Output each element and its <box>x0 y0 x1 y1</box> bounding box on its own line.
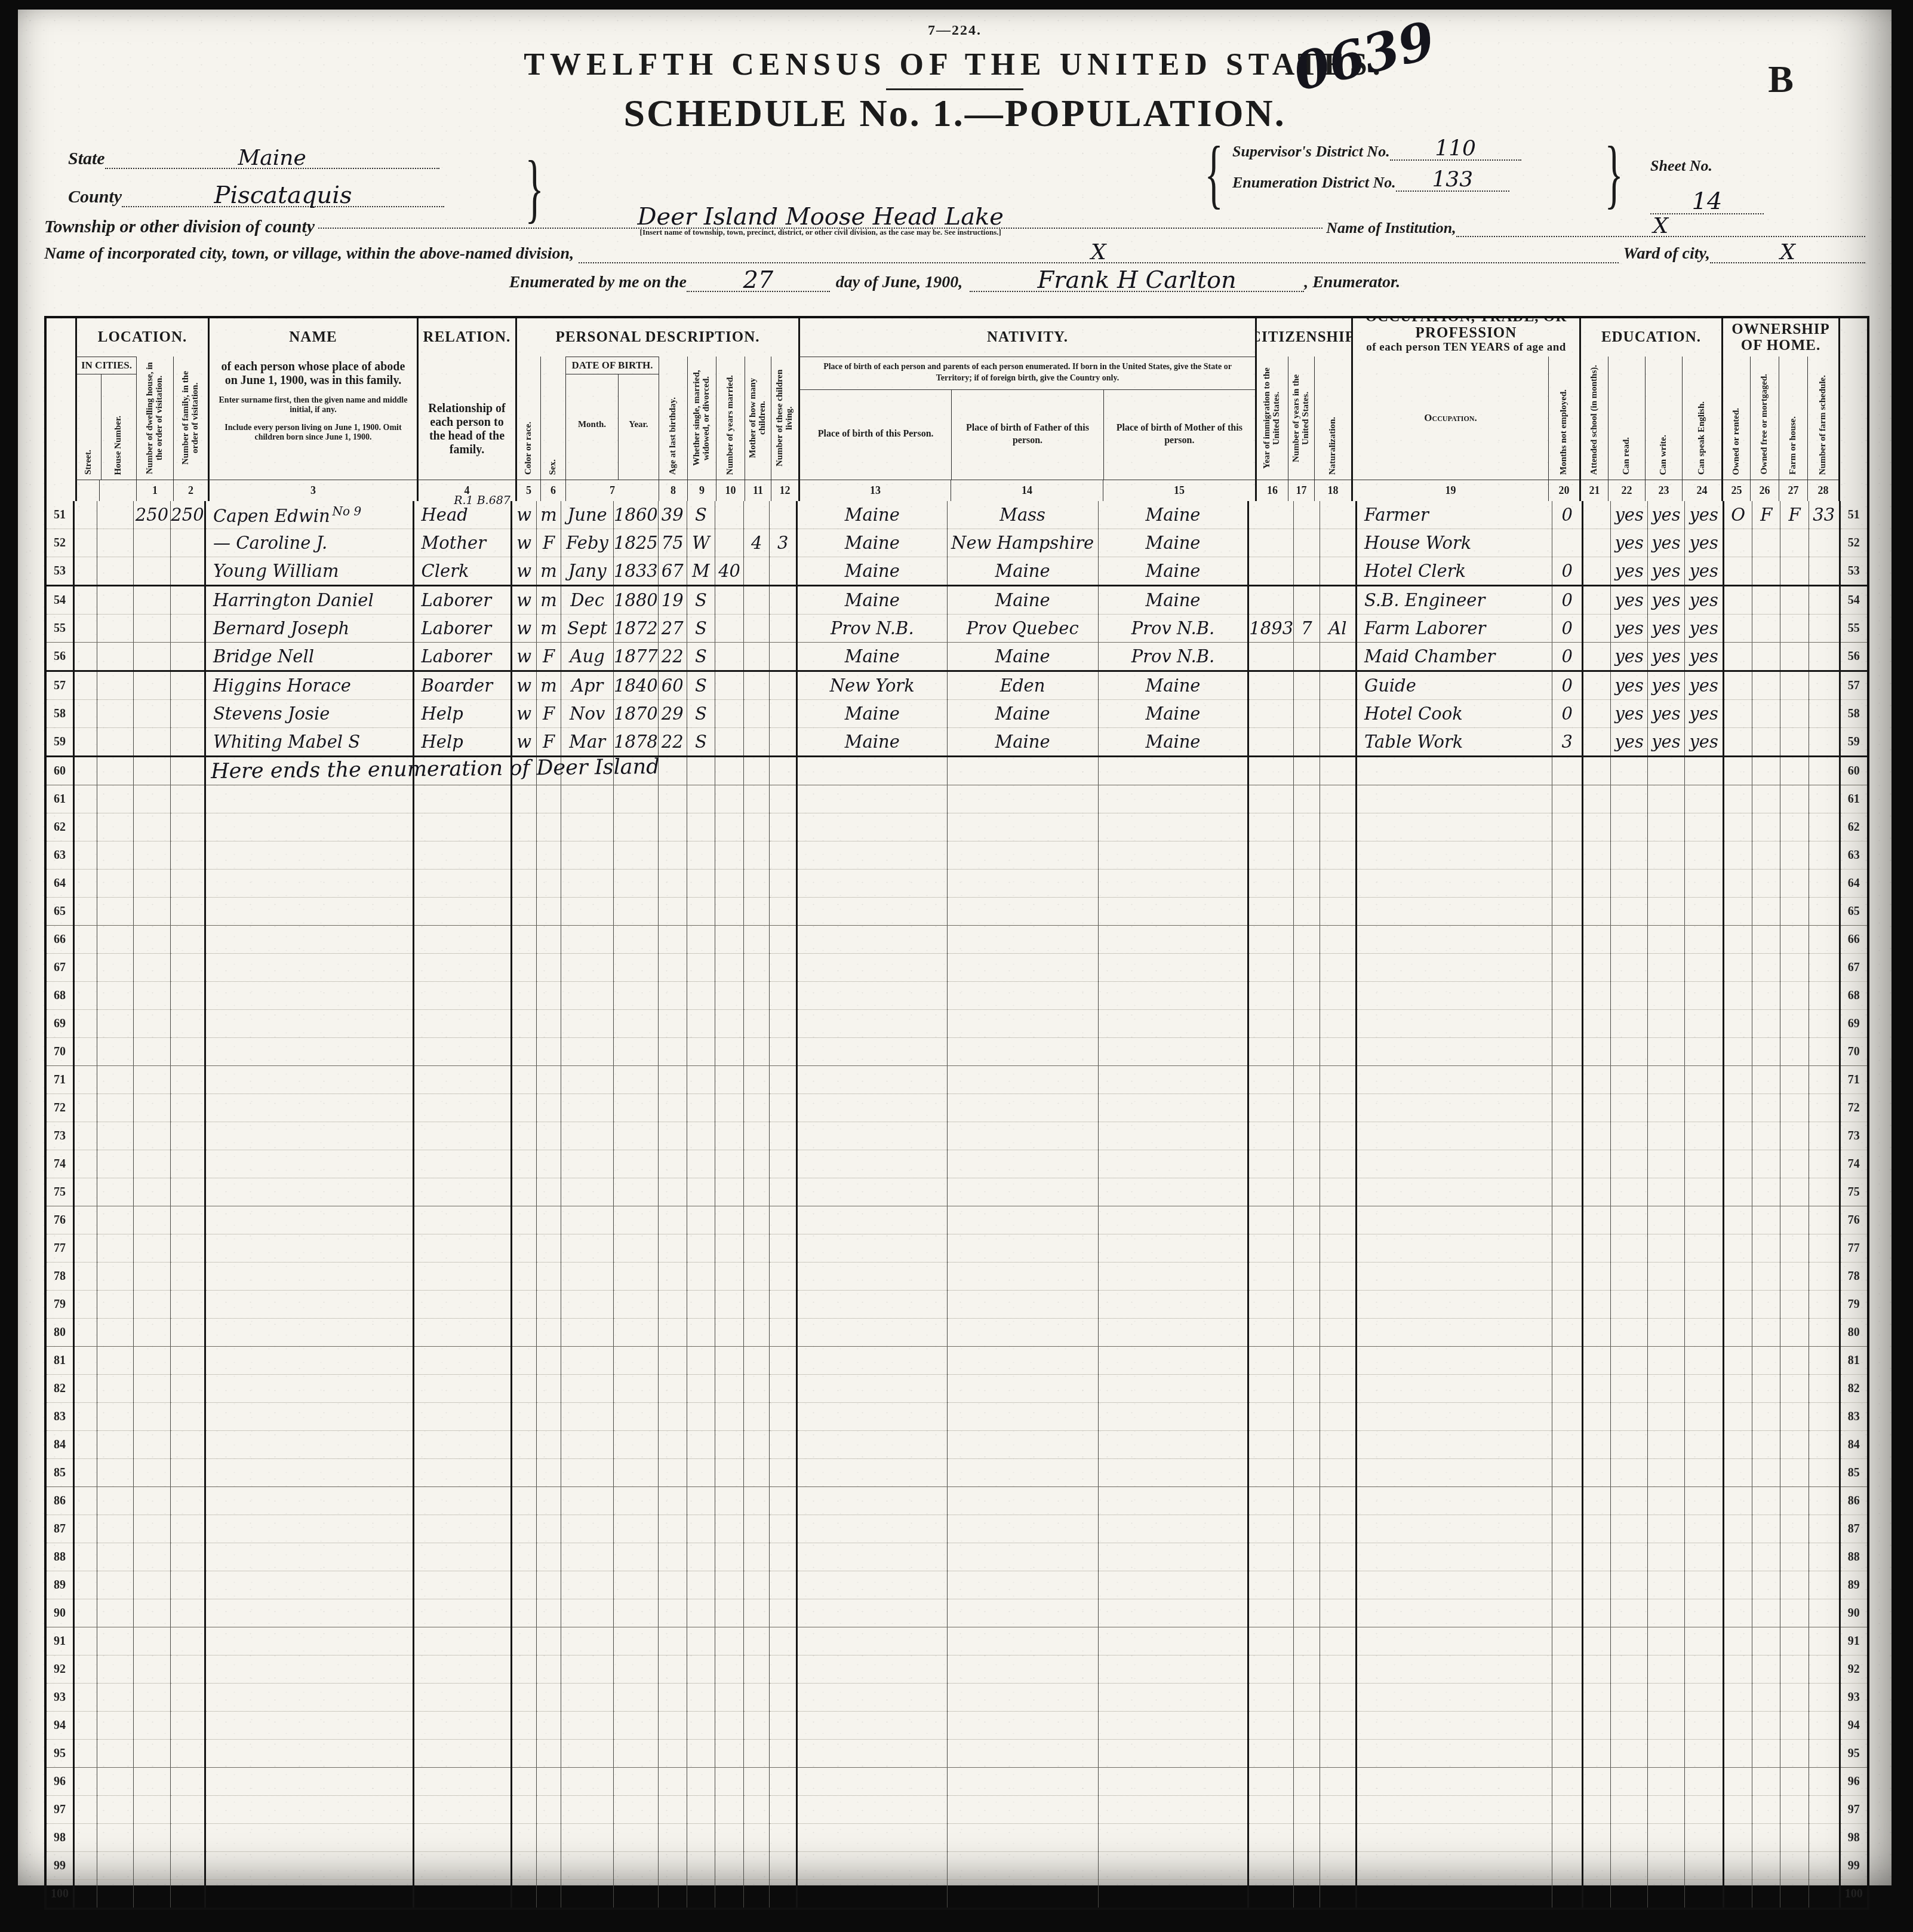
cell-months_unemployed <box>1552 757 1582 785</box>
cell-farm_house <box>1780 615 1809 643</box>
cell-natural <box>1320 1066 1356 1094</box>
cell-age <box>658 1515 687 1543</box>
cell-name <box>205 1375 413 1403</box>
cell-relation <box>413 1880 511 1909</box>
cell-rn_l: 58 <box>45 700 74 728</box>
cell-birth_father: Mass <box>947 501 1098 529</box>
col-number: 26 <box>1750 480 1779 501</box>
cell-speak <box>1684 1599 1724 1627</box>
cell-free_mort <box>1752 870 1780 898</box>
cell-birth_father <box>947 1487 1098 1515</box>
cell-year <box>613 1263 658 1291</box>
cell-immig_year <box>1248 1571 1294 1599</box>
cell-color <box>511 1515 536 1543</box>
cell-free_mort <box>1752 982 1780 1010</box>
cell-relation <box>413 1627 511 1655</box>
cell-family <box>170 1459 205 1487</box>
in-cities-label: IN CITIES. <box>77 357 136 374</box>
header-family-number: Number of family, in the order of visita… <box>173 357 208 480</box>
table-row: 8787 <box>45 1515 1868 1543</box>
cell-natural <box>1320 1178 1356 1206</box>
institution-field: X <box>1456 217 1865 237</box>
cell-house <box>97 1740 134 1768</box>
cell-mother_of <box>744 1010 770 1038</box>
cell-house <box>97 1066 134 1094</box>
cell-occupation <box>1356 757 1552 785</box>
cell-dwelling <box>134 1880 171 1909</box>
cell-free_mort: F <box>1752 501 1780 529</box>
cell-dwelling <box>134 1263 171 1291</box>
cell-read <box>1611 954 1648 982</box>
cell-house <box>97 813 134 841</box>
table-row: 7979 <box>45 1291 1868 1319</box>
col-number: 19 <box>1351 480 1548 501</box>
cell-immig_year <box>1248 1543 1294 1571</box>
cell-street <box>74 1206 97 1234</box>
cell-year <box>613 1880 658 1909</box>
cell-relation <box>413 1487 511 1515</box>
cell-house <box>97 1178 134 1206</box>
cell-color <box>511 926 536 954</box>
cell-birth_father <box>947 1740 1098 1768</box>
cell-house <box>97 1796 134 1824</box>
cell-age <box>658 870 687 898</box>
cell-birth_self <box>796 1234 947 1263</box>
cell-birth_self <box>796 954 947 982</box>
cell-rn_l: 56 <box>45 643 74 671</box>
cell-sex <box>536 982 561 1010</box>
cell-write <box>1648 1627 1685 1655</box>
cell-rn_r: 99 <box>1840 1852 1868 1880</box>
cell-school <box>1583 700 1611 728</box>
cell-farm_house <box>1780 1796 1809 1824</box>
cell-free_mort <box>1752 1234 1780 1263</box>
cell-farm_sched: 33 <box>1809 501 1840 529</box>
cell-school <box>1583 1010 1611 1038</box>
cell-age <box>658 1038 687 1066</box>
header-name-desc: of each person whose place of abode on J… <box>208 357 417 480</box>
cell-marital: S <box>687 501 715 529</box>
cell-school <box>1583 1684 1611 1712</box>
cell-mother_of <box>744 785 770 813</box>
enumerated-middle: day of June, 1900, <box>836 273 962 292</box>
cell-month <box>561 1263 614 1291</box>
cell-rn_l: 87 <box>45 1515 74 1543</box>
col-number: 10 <box>716 480 745 501</box>
cell-occupation: Hotel Cook <box>1356 700 1552 728</box>
cell-birth_mother <box>1098 954 1248 982</box>
cell-school <box>1583 643 1611 671</box>
cell-dwelling <box>134 728 171 757</box>
cell-month <box>561 1459 614 1487</box>
cell-months_unemployed <box>1552 1684 1582 1712</box>
table-row: 7878 <box>45 1263 1868 1291</box>
cell-months_unemployed <box>1552 1234 1582 1263</box>
cell-sex <box>536 1768 561 1796</box>
enumeration-end-note: Here ends the enumeration of Deer Island <box>211 755 660 784</box>
ward-value: X <box>1780 240 1795 265</box>
cell-mother_of <box>744 1319 770 1347</box>
cell-month <box>561 1880 614 1909</box>
cell-month <box>561 1010 614 1038</box>
cell-school <box>1583 501 1611 529</box>
cell-family <box>170 1740 205 1768</box>
cell-yrs_married <box>715 813 744 841</box>
cell-owned <box>1724 898 1752 926</box>
col-number: 25 <box>1721 480 1750 501</box>
cell-birth_mother <box>1098 1375 1248 1403</box>
cell-write <box>1648 841 1685 870</box>
cell-occupation <box>1356 1066 1552 1094</box>
cell-natural <box>1320 1263 1356 1291</box>
cell-speak <box>1684 1796 1724 1824</box>
cell-farm_sched <box>1809 615 1840 643</box>
cell-read <box>1611 1599 1648 1627</box>
cell-write <box>1648 1543 1685 1571</box>
cell-rn_r: 63 <box>1840 841 1868 870</box>
enumeration-district-value: 133 <box>1432 167 1473 192</box>
col-number: 2 <box>173 480 208 501</box>
cell-year <box>613 1150 658 1178</box>
cell-natural <box>1320 841 1356 870</box>
cell-birth_self <box>796 785 947 813</box>
cell-yrs_married <box>715 898 744 926</box>
cell-marital: W <box>687 529 715 557</box>
cell-birth_self <box>796 1319 947 1347</box>
cell-owned <box>1724 1515 1752 1543</box>
cell-birth_father <box>947 1122 1098 1150</box>
cell-yrs_married <box>715 1122 744 1150</box>
city-value: X <box>1091 240 1106 265</box>
header-years-married: Number of years married. <box>716 357 745 480</box>
cell-relation <box>413 1010 511 1038</box>
header-relation-title: RELATION. <box>417 318 515 357</box>
enumerator-field: Frank H Carlton <box>970 269 1304 292</box>
cell-speak <box>1684 926 1724 954</box>
cell-dwelling <box>134 1347 171 1375</box>
table-row: 56Bridge NellLaborerwFAug187722SMaineMai… <box>45 643 1868 671</box>
cell-natural <box>1320 1459 1356 1487</box>
cell-free_mort <box>1752 1150 1780 1178</box>
cell-farm_house <box>1780 954 1809 982</box>
cell-age <box>658 954 687 982</box>
cell-immig_year <box>1248 926 1294 954</box>
cell-month <box>561 1094 614 1122</box>
cell-marital <box>687 1431 715 1459</box>
cell-rn_l: 83 <box>45 1403 74 1431</box>
cell-free_mort <box>1752 1291 1780 1319</box>
cell-color <box>511 1543 536 1571</box>
cell-farm_sched <box>1809 1768 1840 1796</box>
cell-rn_l: 73 <box>45 1122 74 1150</box>
cell-immig_year <box>1248 586 1294 615</box>
header-birth-father: Place of birth of Father of this person. <box>951 390 1103 480</box>
cell-yrs_us <box>1294 1291 1320 1319</box>
cell-birth_father <box>947 1347 1098 1375</box>
cell-month <box>561 1403 614 1431</box>
cell-months_unemployed: 0 <box>1552 501 1582 529</box>
cell-name <box>205 1431 413 1459</box>
cell-name <box>205 1571 413 1599</box>
enumeration-district-field: 133 <box>1396 170 1509 192</box>
cell-school <box>1583 557 1611 586</box>
cell-natural <box>1320 1712 1356 1740</box>
cell-school <box>1583 785 1611 813</box>
cell-dwelling <box>134 1319 171 1347</box>
header-occupation-label: Occupation. <box>1351 357 1548 480</box>
cell-read <box>1611 841 1648 870</box>
cell-birth_self: Maine <box>796 586 947 615</box>
cell-school <box>1583 1178 1611 1206</box>
cell-mother_of <box>744 1487 770 1515</box>
cell-living <box>770 1712 796 1740</box>
cell-farm_house <box>1780 898 1809 926</box>
ward-field: X <box>1710 243 1865 263</box>
cell-color <box>511 1178 536 1206</box>
cell-marital <box>687 813 715 841</box>
cell-natural <box>1320 700 1356 728</box>
cell-relation <box>413 1599 511 1627</box>
cell-yrs_married <box>715 671 744 700</box>
cell-birth_mother <box>1098 1515 1248 1543</box>
cell-occupation <box>1356 1431 1552 1459</box>
cell-owned <box>1724 1571 1752 1599</box>
cell-yrs_married <box>715 1234 744 1263</box>
cell-immig_year <box>1248 728 1294 757</box>
cell-birth_self <box>796 926 947 954</box>
cell-rn_r: 56 <box>1840 643 1868 671</box>
cell-immig_year <box>1248 643 1294 671</box>
cell-house <box>97 1263 134 1291</box>
table-row: 55Bernard JosephLaborerwmSept187227SProv… <box>45 615 1868 643</box>
cell-rn_r: 80 <box>1840 1319 1868 1347</box>
cell-months_unemployed <box>1552 1403 1582 1431</box>
cell-year <box>613 1066 658 1094</box>
table-row: 9595 <box>45 1740 1868 1768</box>
cell-color <box>511 1431 536 1459</box>
cell-mother_of <box>744 1852 770 1880</box>
cell-rn_r: 59 <box>1840 728 1868 757</box>
cell-name: Bernard Joseph <box>205 615 413 643</box>
cell-yrs_married <box>715 1347 744 1375</box>
cell-birth_mother <box>1098 1627 1248 1655</box>
cell-natural <box>1320 1319 1356 1347</box>
cell-mother_of <box>744 898 770 926</box>
header-nativity-title: NATIVITY. <box>798 318 1255 357</box>
cell-birth_father <box>947 1824 1098 1852</box>
cell-year <box>613 1234 658 1263</box>
cell-read <box>1611 1122 1648 1150</box>
cell-rn_l: 84 <box>45 1431 74 1459</box>
cell-mother_of <box>744 1375 770 1403</box>
cell-immig_year <box>1248 529 1294 557</box>
cell-speak <box>1684 1712 1724 1740</box>
cell-months_unemployed <box>1552 1122 1582 1150</box>
cell-street <box>74 1347 97 1375</box>
cell-farm_house <box>1780 1684 1809 1712</box>
cell-farm_sched <box>1809 1375 1840 1403</box>
cell-dwelling <box>134 586 171 615</box>
cell-relation <box>413 841 511 870</box>
cell-marital <box>687 1150 715 1178</box>
cell-color <box>511 1094 536 1122</box>
col-number: 16 <box>1255 480 1288 501</box>
cell-write <box>1648 982 1685 1010</box>
cell-name <box>205 1627 413 1655</box>
cell-farm_house <box>1780 841 1809 870</box>
cell-owned <box>1724 1038 1752 1066</box>
cell-natural <box>1320 757 1356 785</box>
cell-color <box>511 1880 536 1909</box>
cell-rn_r: 66 <box>1840 926 1868 954</box>
cell-birth_mother <box>1098 1066 1248 1094</box>
cell-dwelling <box>134 813 171 841</box>
cell-yrs_us <box>1294 1263 1320 1291</box>
cell-birth_self <box>796 1852 947 1880</box>
header-street: Street. <box>77 374 101 480</box>
cell-free_mort <box>1752 1094 1780 1122</box>
cell-occupation <box>1356 1852 1552 1880</box>
cell-month <box>561 1122 614 1150</box>
cell-rn_l: 75 <box>45 1178 74 1206</box>
cell-immig_year <box>1248 982 1294 1010</box>
table-row: 9696 <box>45 1768 1868 1796</box>
cell-read <box>1611 1431 1648 1459</box>
cell-age <box>658 1431 687 1459</box>
cell-write <box>1648 1038 1685 1066</box>
table-row: 53Young WilliamClerkwmJany183367M40Maine… <box>45 557 1868 586</box>
sheet-label: Sheet No. <box>1650 157 1794 175</box>
cell-year <box>613 1487 658 1515</box>
cell-school <box>1583 1066 1611 1094</box>
cell-farm_house <box>1780 1319 1809 1347</box>
cell-birth_mother: Maine <box>1098 529 1248 557</box>
cell-name <box>205 1712 413 1740</box>
cell-name <box>205 1543 413 1571</box>
cell-relation <box>413 870 511 898</box>
cell-birth_self <box>796 1291 947 1319</box>
cell-school <box>1583 870 1611 898</box>
cell-occupation <box>1356 1824 1552 1852</box>
cell-occupation <box>1356 1543 1552 1571</box>
header-immigration-year: Year of immigration to the United States… <box>1255 357 1288 480</box>
cell-birth_father <box>947 1627 1098 1655</box>
cell-yrs_married <box>715 1768 744 1796</box>
cell-living <box>770 1571 796 1599</box>
header-months-unemployed: Months not employed. <box>1548 357 1579 480</box>
cell-free_mort <box>1752 1066 1780 1094</box>
cell-read <box>1611 1459 1648 1487</box>
cell-house <box>97 501 134 529</box>
cell-birth_mother <box>1098 1543 1248 1571</box>
header-attended-school: Attended school (in months). <box>1579 357 1608 480</box>
cell-mother_of <box>744 1206 770 1234</box>
cell-house <box>97 1150 134 1178</box>
cell-house <box>97 615 134 643</box>
cell-sex <box>536 1852 561 1880</box>
cell-occupation <box>1356 1347 1552 1375</box>
cell-relation <box>413 1852 511 1880</box>
cell-owned <box>1724 1375 1752 1403</box>
cell-name <box>205 1094 413 1122</box>
cell-living <box>770 1627 796 1655</box>
cell-months_unemployed: 0 <box>1552 643 1582 671</box>
cell-street <box>74 700 97 728</box>
cell-street <box>74 841 97 870</box>
cell-month <box>561 1038 614 1066</box>
cell-living <box>770 1319 796 1347</box>
header-dob-year: Year. <box>618 374 659 480</box>
cell-marital <box>687 1319 715 1347</box>
cell-mother_of <box>744 1824 770 1852</box>
cell-free_mort <box>1752 728 1780 757</box>
cell-living <box>770 1515 796 1543</box>
cell-marital <box>687 1347 715 1375</box>
cell-birth_father <box>947 1655 1098 1684</box>
state-label: State <box>68 149 105 169</box>
table-row: 7777 <box>45 1234 1868 1263</box>
cell-farm_house <box>1780 1712 1809 1740</box>
cell-age <box>658 1150 687 1178</box>
cell-months_unemployed <box>1552 1459 1582 1487</box>
cell-natural <box>1320 1403 1356 1431</box>
cell-write <box>1648 1291 1685 1319</box>
cell-birth_father <box>947 1712 1098 1740</box>
table-row: 8181 <box>45 1347 1868 1375</box>
cell-farm_house <box>1780 529 1809 557</box>
cell-farm_house <box>1780 671 1809 700</box>
cell-natural <box>1320 1515 1356 1543</box>
cell-months_unemployed: 0 <box>1552 557 1582 586</box>
cell-immig_year <box>1248 1655 1294 1684</box>
cell-farm_house <box>1780 1543 1809 1571</box>
cell-owned <box>1724 954 1752 982</box>
cell-living <box>770 615 796 643</box>
cell-birth_mother <box>1098 1824 1248 1852</box>
table-row: 8888 <box>45 1543 1868 1571</box>
cell-rn_r: 71 <box>1840 1066 1868 1094</box>
header-relation-desc: Relationship of each person to the head … <box>417 357 515 480</box>
cell-rn_r: 76 <box>1840 1206 1868 1234</box>
cell-relation <box>413 813 511 841</box>
cell-rn_l: 94 <box>45 1712 74 1740</box>
cell-owned <box>1724 1627 1752 1655</box>
cell-owned <box>1724 529 1752 557</box>
cell-color <box>511 1796 536 1824</box>
cell-sex <box>536 926 561 954</box>
state-value: Maine <box>238 146 306 170</box>
cell-street <box>74 1459 97 1487</box>
cell-immig_year <box>1248 700 1294 728</box>
cell-occupation <box>1356 898 1552 926</box>
cell-year: 1870 <box>613 700 658 728</box>
cell-occupation: Farm Laborer <box>1356 615 1552 643</box>
page-title: TWELFTH CENSUS OF THE UNITED STATES. <box>44 47 1865 82</box>
cell-rn_l: 89 <box>45 1571 74 1599</box>
table-row: 7676 <box>45 1206 1868 1234</box>
cell-free_mort <box>1752 841 1780 870</box>
cell-relation: HeadR.1 B.687 <box>413 501 511 529</box>
cell-month <box>561 1571 614 1599</box>
cell-farm_sched <box>1809 813 1840 841</box>
cell-living <box>770 841 796 870</box>
cell-sex <box>536 1178 561 1206</box>
table-row: 8989 <box>45 1571 1868 1599</box>
cell-yrs_married <box>715 1515 744 1543</box>
cell-rn_l: 91 <box>45 1627 74 1655</box>
cell-birth_self: New York <box>796 671 947 700</box>
table-row: 9999 <box>45 1852 1868 1880</box>
